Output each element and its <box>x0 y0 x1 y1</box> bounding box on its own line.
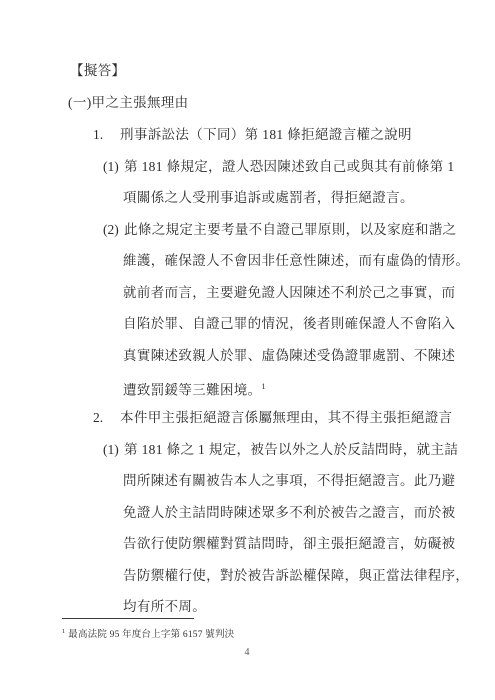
body-line: 第 181 條規定，證人恐因陳述致自己或與其有前條第 1 <box>124 159 454 175</box>
doc-title: 【擬答】 <box>70 63 125 79</box>
item-1-sub-2-marker: (2) <box>103 222 119 238</box>
body-line: 自陷於罪、自證己罪的情況，後者則確保證人不會陷入 <box>123 316 455 332</box>
footnote-number: 1 <box>62 628 65 635</box>
item-1-marker: 1. <box>93 127 103 143</box>
item-2-heading: 本件甲主張拒絕證言係屬無理由，其不得主張拒絕證言 <box>120 410 452 426</box>
footnote: 1最高法院 95 年度台上字第 6157 號判決 <box>62 626 234 641</box>
item-2-marker: 2. <box>93 410 103 426</box>
section-heading: (一)甲之主張無理由 <box>68 95 189 111</box>
page-number: 4 <box>240 647 254 658</box>
body-line: 均有所不周。 <box>123 599 206 615</box>
footnote-reference-mark: 1 <box>262 382 266 391</box>
item-1-sub-1-marker: (1) <box>103 159 119 175</box>
item-2-sub-1-marker: (1) <box>103 442 119 458</box>
body-line: 就前者而言，主要避免證人因陳述不利於己之事實，而 <box>123 285 455 301</box>
body-line: 此條之規定主要考量不自證己罪原則，以及家庭和諧之 <box>124 222 456 238</box>
body-line-with-footnote: 遭致罰鍰等三難困境。1 <box>123 379 266 399</box>
body-line: 項關係之人受刑事追訴或處罰者，得拒絕證言。 <box>123 190 414 206</box>
body-line: 免證人於主詰問時陳述眾多不利於被告之證言，而於被 <box>123 505 455 521</box>
footnote-text: 最高法院 95 年度台上字第 6157 號判決 <box>68 630 234 640</box>
item-1-heading: 刑事訴訟法（下同）第 181 條拒絕證言權之說明 <box>120 127 412 143</box>
document-page: 【擬答】 (一)甲之主張無理由 1. 刑事訴訟法（下同）第 181 條拒絕證言權… <box>0 0 495 700</box>
body-line: 真實陳述致親人於罪、虛偽陳述受偽證罪處罰、不陳述 <box>123 348 455 364</box>
body-line-text: 遭致罰鍰等三難困境。 <box>123 383 262 398</box>
footnote-separator-rule <box>62 618 194 619</box>
body-line: 告欲行使防禦權對質詰問時，卻主張拒絕證言，妨礙被 <box>123 536 455 552</box>
body-line: 第 181 條之 1 規定，被告以外之人於反詰問時，就主詰 <box>124 442 458 458</box>
body-line: 問所陳述有關被告本人之事項，不得拒絕證言。此乃避 <box>123 473 455 489</box>
body-line: 告防禦權行使，對於被告訴訟權保障，與正當法律程序， <box>123 568 469 584</box>
body-line: 維護，確保證人不會因非任意性陳述，而有虛偽的情形。 <box>123 253 469 269</box>
